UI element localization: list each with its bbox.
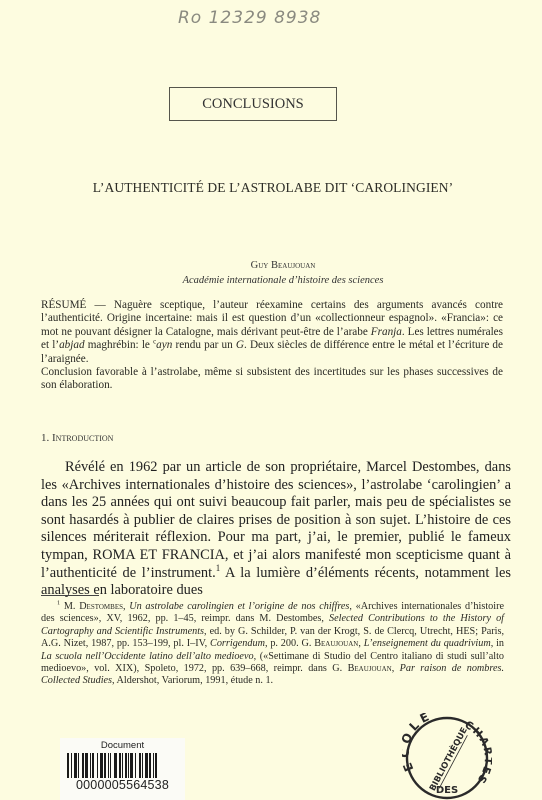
author-name: Guy Beaujouan <box>0 260 542 271</box>
svg-text:ECOLE: ECOLE <box>402 713 435 773</box>
abstract-text: maghrébin: le <box>85 339 154 351</box>
footnotes: 1 M. Destombes, Un astrolabe carolingien… <box>41 601 504 688</box>
barcode-icon <box>67 753 179 778</box>
footnote-title: Un astrolabe carolingien et l’origine de… <box>129 601 349 612</box>
body-text-segment: Révélé en 1962 par un article de son pro… <box>41 459 511 581</box>
library-stamp-icon: ECOLE CHARTES DES BIBLIOTHÈQUE <box>402 713 492 800</box>
footnote-author: Beaujouan <box>314 638 358 649</box>
section-label: CONCLUSIONS <box>202 96 304 113</box>
footnote-title: Corrigendum <box>210 638 265 649</box>
body-paragraph: Révélé en 1962 par un article de son pro… <box>41 459 511 600</box>
footnote-text: , Aldershot, Variorum, 1991, étude n. 1. <box>112 675 273 686</box>
abstract-italic-term: ayn <box>156 339 172 351</box>
section-label-box: CONCLUSIONS <box>169 87 337 121</box>
footnote-text: , <box>392 663 400 674</box>
handwritten-shelfmark: Ro 12329 8938 <box>178 8 321 28</box>
footnote-author: Destombes <box>79 601 123 612</box>
abstract-label: RÉSUMÉ <box>41 299 86 311</box>
abstract-dash: — <box>86 299 114 311</box>
footnote-text: , p. 200. G. <box>265 638 314 649</box>
abstract-italic-term: G <box>236 339 244 351</box>
footnote-1: 1 M. Destombes, Un astrolabe carolingien… <box>41 601 504 688</box>
abstract-italic-term: Franja <box>371 326 402 338</box>
body-text: Révélé en 1962 par un article de son pro… <box>41 459 511 600</box>
footnote-author: Beaujouan <box>348 663 392 674</box>
barcode-label: Document 0000005564538 <box>60 738 185 800</box>
abstract-paragraph-1: RÉSUMÉ — Naguère sceptique, l’auteur rée… <box>41 299 503 366</box>
barcode-number: 0000005564538 <box>60 779 185 791</box>
author-affiliation: Académie internationale d’histoire des s… <box>0 275 542 286</box>
footnote-title: L’enseignement du quadrivium <box>364 638 491 649</box>
abstract-italic-term: abjad <box>59 339 84 351</box>
footnote-text: , in <box>491 638 504 649</box>
abstract: RÉSUMÉ — Naguère sceptique, l’auteur rée… <box>41 299 503 393</box>
footnote-text: M. <box>60 601 79 612</box>
footnote-divider <box>41 595 99 596</box>
abstract-paragraph-2: Conclusion favorable à l’astrolabe, même… <box>41 366 503 393</box>
svg-text:CHARTES: CHARTES <box>463 719 492 787</box>
barcode-title: Document <box>60 741 185 751</box>
svg-text:BIBLIOTHÈQUE: BIBLIOTHÈQUE <box>426 725 470 793</box>
article-title: L’AUTHENTICITÉ DE L’ASTROLABE DIT ‘CAROL… <box>0 180 542 196</box>
section-heading-introduction: 1. Introduction <box>41 432 113 444</box>
abstract-text: rendu par un <box>172 339 236 351</box>
footnote-title: La scuola nell’Occidente latino dell’alt… <box>41 651 254 662</box>
